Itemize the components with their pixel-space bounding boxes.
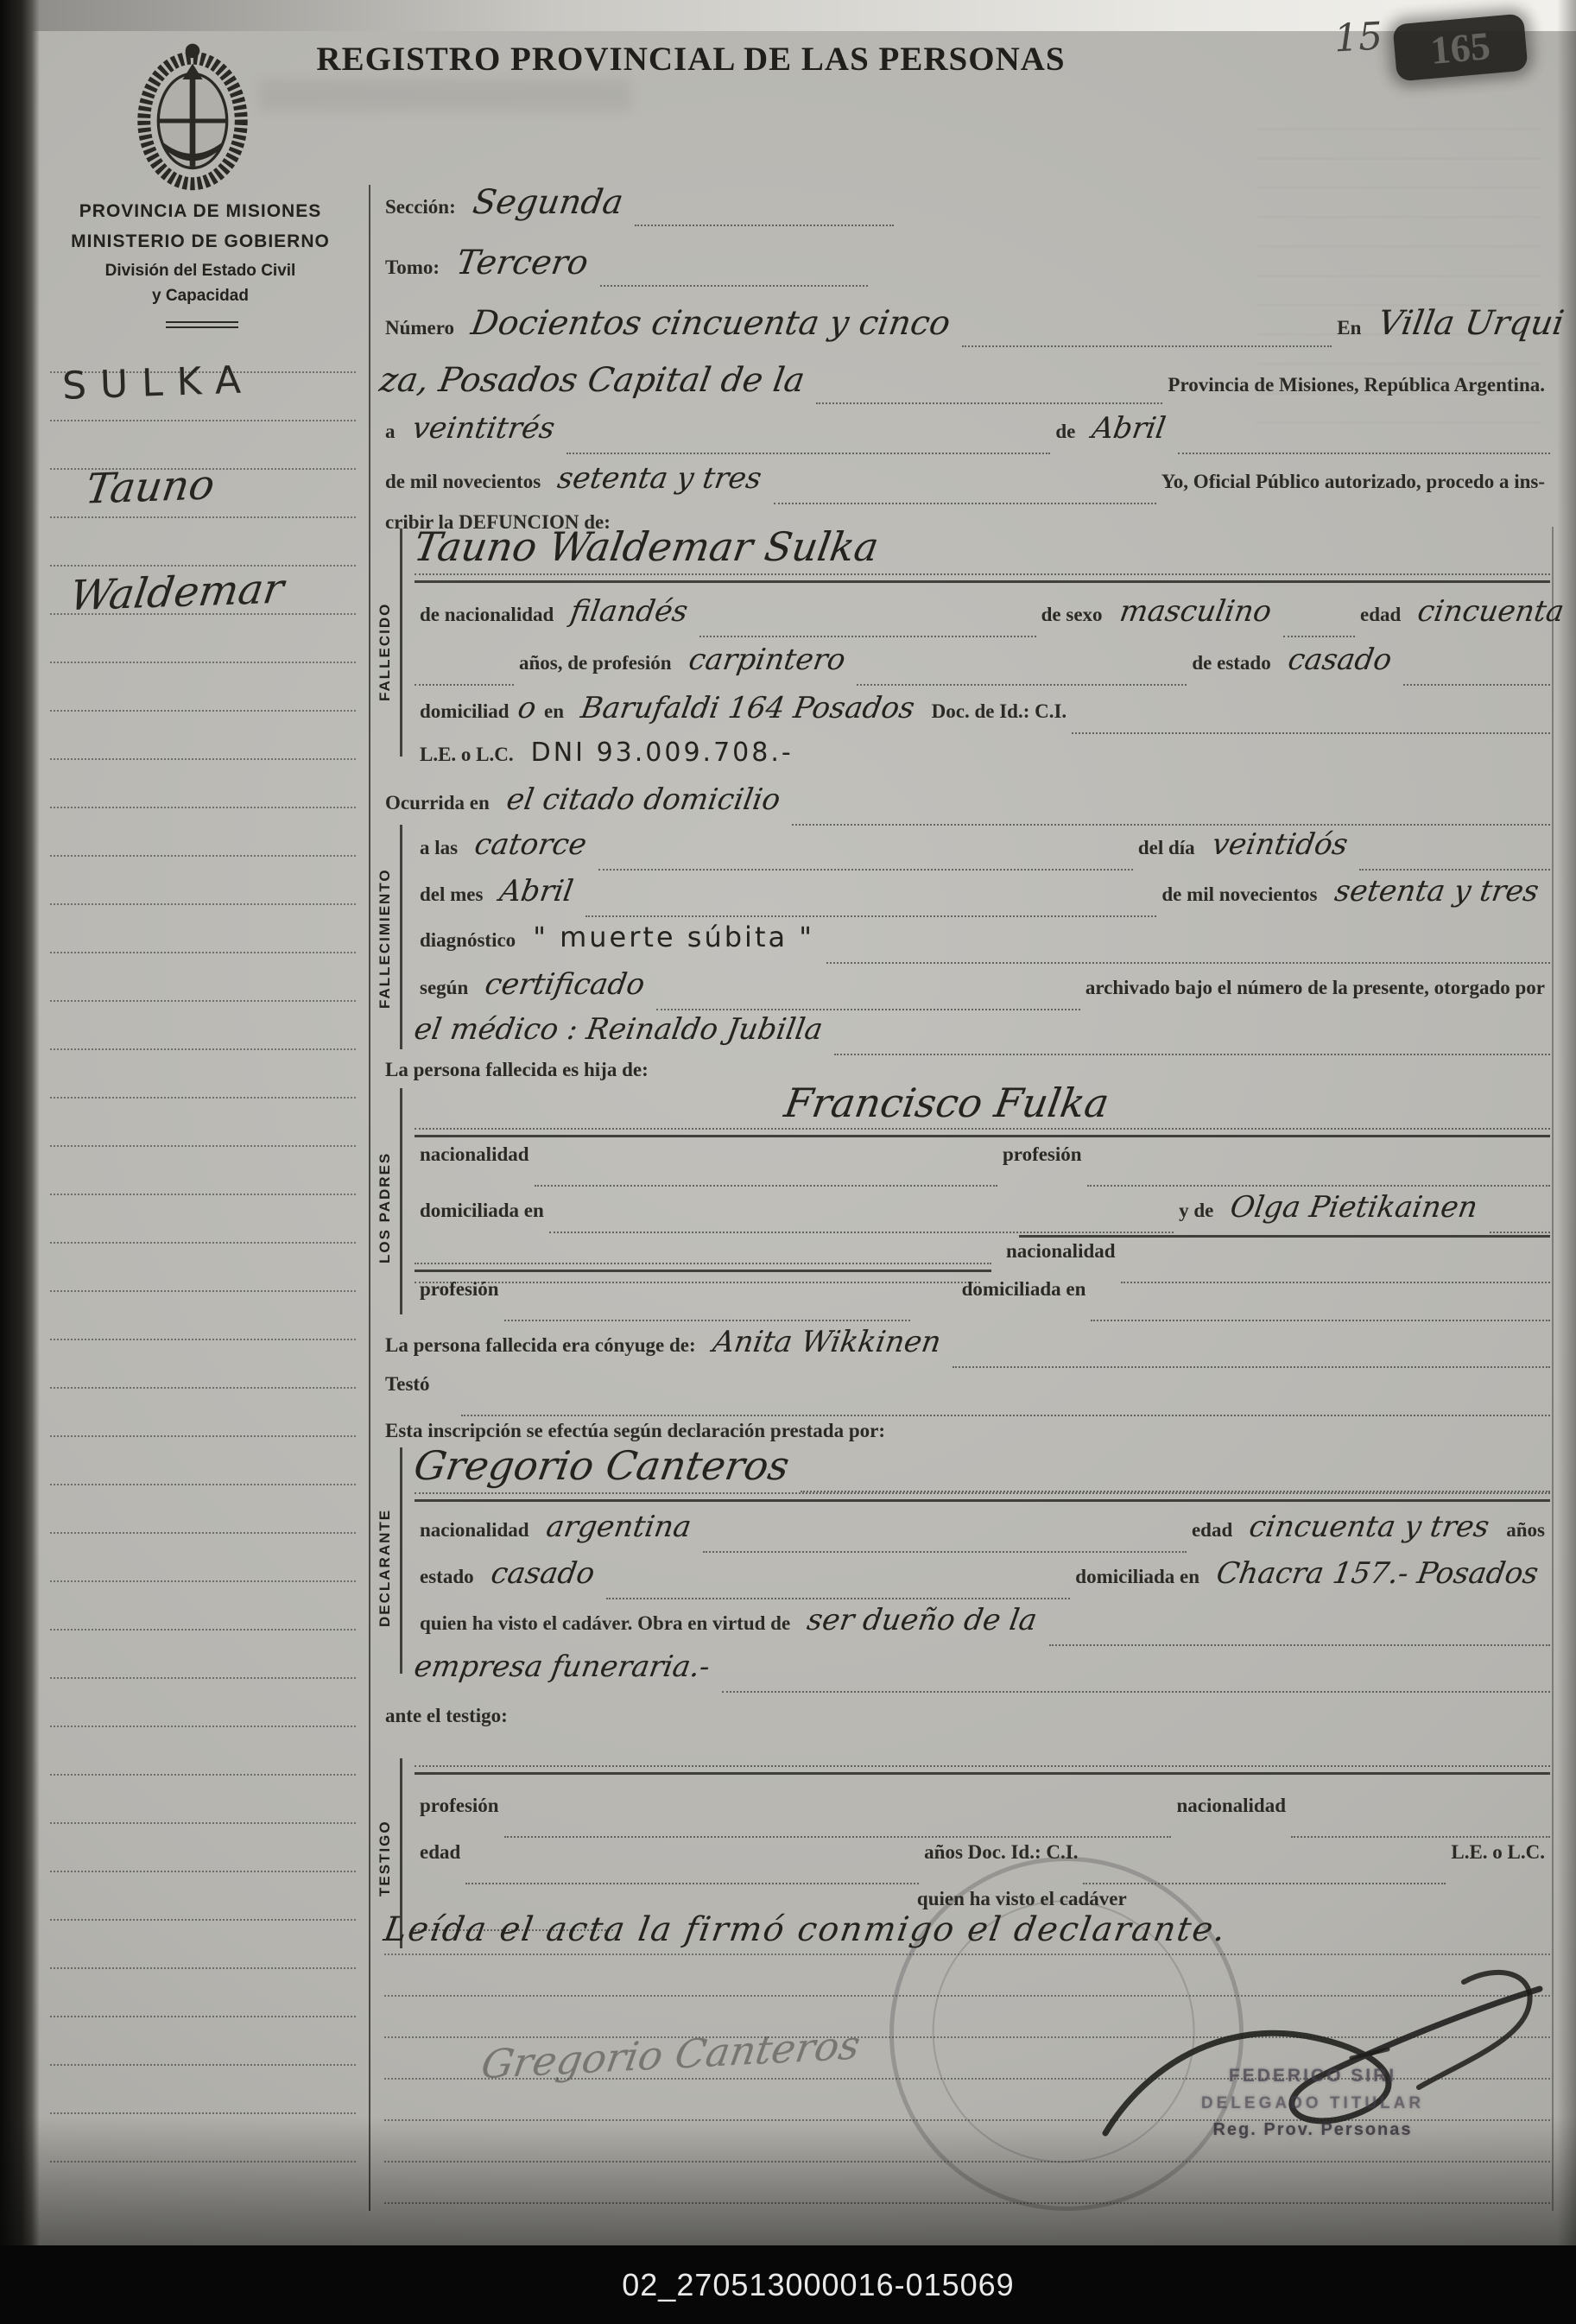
del-dia-label: del día: [1138, 837, 1195, 859]
dotted-leader: [461, 1406, 1550, 1416]
anos-profesion-label: años, de profesión: [519, 652, 672, 674]
anio-line: de mil novecientos setenta y tres Yo, Of…: [380, 461, 1550, 504]
dotted-leader: [504, 1827, 1172, 1838]
margin-ruled-line: [50, 1967, 356, 1969]
domiciliada-label: domiciliada en: [420, 1200, 544, 1222]
dotted-leader: [962, 337, 1332, 347]
dotted-leader: [857, 675, 1187, 686]
nacionalidad-label: de nacionalidad: [420, 604, 554, 626]
provincia-label: Provincia de Misiones, República Argenti…: [1168, 374, 1545, 396]
ante-testigo-line: ante el testigo:: [380, 1705, 1550, 1748]
margin-ruled-line: [50, 1532, 356, 1534]
margin-ruled-line: [50, 1242, 356, 1244]
seccion-label: Sección:: [385, 196, 456, 218]
conyuge-nombre: Anita Wikkinen: [710, 1325, 943, 1359]
dotted-leader: [774, 494, 1156, 504]
edad-value: cincuenta y tres: [1247, 1510, 1491, 1544]
tomo-line: Tomo: Tercero: [380, 244, 1550, 287]
declarante-section-label: DECLARANTE: [377, 1468, 394, 1667]
seccion-value: Segunda: [470, 183, 625, 222]
margin-ruled-line: [50, 1677, 356, 1679]
estado-value: casado: [1286, 643, 1395, 677]
diagnostico-line: diagnóstico " muerte súbita ": [415, 921, 1550, 964]
fallecido-documento-line: L.E. o L.C. DNI 93.009.708.-: [415, 738, 1550, 781]
mes-value: Abril: [497, 874, 576, 909]
motivo-value: ser dueño de la: [805, 1603, 1040, 1637]
nacionalidad-label: nacionalidad: [420, 1143, 529, 1166]
dotted-leader: [1490, 1223, 1550, 1233]
oficial-label: Yo, Oficial Público autorizado, procedo …: [1161, 471, 1545, 493]
nacionalidad-label: nacionalidad: [420, 1519, 529, 1542]
margin-ruled-line: [50, 1435, 356, 1437]
testigo-section-label: TESTIGO: [377, 1789, 394, 1928]
segun-label: según: [420, 977, 468, 999]
tomo-label: Tomo:: [385, 256, 440, 279]
margin-ruled-line: [50, 516, 356, 518]
dotted-leader: [1049, 1636, 1550, 1646]
margin-ruled-line: [50, 1774, 356, 1776]
authority-underline: [166, 321, 238, 328]
madre-prof-dom-line: profesión domiciliada en: [415, 1278, 1550, 1321]
dotted-leader: [585, 907, 1157, 917]
ocurrida-label: Ocurrida en: [385, 792, 490, 814]
declarante-nombre: Gregorio Canteros: [411, 1442, 793, 1489]
dotted-leader: [834, 1045, 1550, 1055]
dotted-leader: [699, 627, 1035, 637]
dia-value: veintidós: [1209, 827, 1350, 862]
bleedthrough-smudge: [259, 79, 630, 111]
madre-nombre: Olga Pietikainen: [1228, 1190, 1480, 1225]
margin-ruled-line: [50, 371, 356, 373]
margin-ruled-line: [50, 710, 356, 712]
fallecido-profesion-line: años, de profesión carpintero de estado …: [415, 643, 1550, 686]
margin-ruled-line: [50, 1822, 356, 1824]
coat-of-arms-icon: [119, 38, 266, 195]
padres-section-rule: [400, 1088, 402, 1314]
declarante-motivo2-line: empresa funeraria.-: [415, 1650, 1550, 1693]
nacionalidad-value: argentina: [543, 1510, 693, 1544]
margin-ruled-line: [50, 1339, 356, 1340]
archivado-label: archivado bajo el número de la presente,…: [1085, 977, 1545, 999]
stamped-folio-number: 165: [1392, 14, 1528, 82]
tomo-value: Tercero: [453, 244, 591, 282]
margin-ruled-line: [50, 1194, 356, 1195]
dotted-leader: [598, 860, 1133, 871]
certificado-line: según certificado archivado bajo el núme…: [415, 967, 1550, 1010]
declarante-nombre-line: Gregorio Canteros: [415, 1442, 1550, 1492]
ocurrida-value: el citado domicilio: [504, 782, 783, 817]
handwritten-page-number: 15: [1333, 15, 1384, 61]
margin-ruled-line: [50, 807, 356, 808]
nacionalidad-value: filandés: [568, 594, 690, 629]
page-title: REGISTRO PROVINCIAL DE LAS PERSONAS: [259, 40, 1123, 79]
dotted-leader: [566, 444, 1051, 454]
rule-under-nombre: [415, 573, 1550, 583]
margin-ruled-line: [50, 903, 356, 905]
declarante-nac-edad-line: nacionalidad argentina edad cincuenta y …: [415, 1510, 1550, 1553]
dotted-leader: [703, 1542, 1187, 1553]
madre-line: domiciliada en y de Olga Pietikainen: [415, 1190, 1550, 1233]
lugar-value: Villa Urqui: [1376, 304, 1567, 343]
rule-left-heavy: [415, 1263, 991, 1272]
margin-ruled-line: [50, 1290, 356, 1292]
dotted-leader: [1359, 860, 1550, 871]
margin-ruled-line: [50, 855, 356, 857]
a-label: a: [385, 421, 396, 443]
bottom-shadow: [0, 2116, 1576, 2245]
dotted-leader: [635, 216, 894, 226]
domiciliada-label: domiciliada en: [1075, 1566, 1199, 1588]
estado-label: estado: [420, 1566, 474, 1588]
segun-value: certificado: [483, 967, 648, 1002]
scanned-death-certificate: REGISTRO PROVINCIAL DE LAS PERSONAS 15 1…: [0, 0, 1576, 2324]
fallecido-section-rule: [400, 529, 402, 757]
documento-value: DNI 93.009.708.-: [531, 738, 794, 768]
margin-ruled-line: [50, 1580, 356, 1582]
sexo-label: de sexo: [1041, 604, 1103, 626]
numero-label: Número: [385, 317, 454, 339]
edad-label: edad: [1192, 1519, 1232, 1542]
dotted-leader: [606, 1589, 1070, 1599]
margin-ruled-line: [50, 1484, 356, 1485]
conyuge-line: La persona fallecida era cónyuge de: Ani…: [380, 1325, 1550, 1368]
lugar-value-2: za, Posados Capital de la: [377, 361, 807, 400]
fallecimiento-section-label: FALLECIMIENTO: [377, 831, 394, 1047]
margin-ruled-line: [50, 1629, 356, 1631]
le-lc-label: L.E. o L.C.: [420, 744, 514, 766]
diagnostico-label: diagnóstico: [420, 929, 516, 952]
le-lc-label: L.E. o L.C.: [1451, 1841, 1545, 1864]
margin-ruled-line: [50, 662, 356, 663]
margin-ruled-line: [50, 420, 356, 421]
doc-id-label: Doc. de Id.: C.I.: [932, 700, 1067, 723]
ante-testigo-label: ante el testigo:: [385, 1705, 508, 1727]
official-title: DELEGADO TITULAR: [1170, 2094, 1455, 2113]
dotted-leader: [504, 1311, 910, 1321]
mes-value: Abril: [1090, 411, 1168, 446]
hora-dia-line: a las catorce del día veintidós: [415, 827, 1550, 871]
authority-line: PROVINCIA DE MISIONES: [45, 201, 356, 222]
declaracion-intro-label: Esta inscripción se efectúa según declar…: [385, 1420, 885, 1442]
fallecido-section-label: FALLECIDO: [377, 553, 394, 751]
fallecido-nombre: Tauno Waldemar Sulka: [411, 523, 883, 570]
rule-testigo-top: [415, 1765, 1550, 1775]
seccion-line: Sección: Segunda: [380, 183, 1550, 226]
dotted-leader: [465, 1874, 919, 1884]
hora-value: catorce: [472, 827, 589, 862]
declarante-estado-dom-line: estado casado domiciliada en Chacra 157.…: [415, 1556, 1550, 1599]
de-label: de: [1055, 421, 1075, 443]
declarante-section-rule: [400, 1447, 402, 1674]
dotted-leader: [656, 1000, 1079, 1010]
dia-value: veintitrés: [409, 411, 556, 446]
margin-ruled-line: [50, 952, 356, 953]
medico-value: el médico : Reinaldo Jubilla: [412, 1012, 826, 1047]
margin-ruled-line: [50, 565, 356, 567]
madre-nacionalidad-line: nacionalidad: [415, 1240, 1550, 1283]
motivo2-value: empresa funeraria.-: [412, 1650, 712, 1684]
visto-cadaver-label: quien ha visto el cadáver. Obra en virtu…: [420, 1612, 790, 1635]
domiciliado-label: domiciliad: [420, 700, 510, 723]
profesion-value: carpintero: [686, 643, 847, 677]
dotted-leader: [792, 815, 1550, 826]
testo-line: Testó: [380, 1373, 1550, 1416]
profesion-label: profesión: [1003, 1143, 1082, 1166]
fecha-dia-line: a veintitrés de Abril: [380, 411, 1550, 454]
margin-ruled-line: [50, 1726, 356, 1727]
fallecido-domicilio-line: domiciliad o en Barufaldi 164 Posados Do…: [415, 691, 1550, 734]
padre-nac-prof-line: nacionalidad profesión: [415, 1143, 1550, 1187]
estado-label: de estado: [1192, 652, 1270, 674]
nacionalidad-label: nacionalidad: [1006, 1240, 1116, 1263]
dotted-leader: [1178, 444, 1550, 454]
official-name: FEDERICO SIRI: [1170, 2066, 1455, 2087]
dotted-leader: [953, 1358, 1550, 1368]
dotted-leader: [1091, 1311, 1550, 1321]
edad-label: edad: [420, 1841, 460, 1864]
dotted-leader: [1403, 675, 1550, 686]
y-de-label: y de: [1179, 1200, 1213, 1222]
margin-ruled-line: [50, 2016, 356, 2017]
padre-nombre: Francisco Fulka: [781, 1080, 1111, 1126]
dotted-leader: [1291, 1827, 1550, 1838]
margin-ruled-line: [50, 1387, 356, 1389]
fallecido-nombre-line: Tauno Waldemar Sulka: [415, 523, 1550, 573]
margin-ruled-line: [50, 1145, 356, 1147]
edad-label: edad: [1360, 604, 1401, 626]
dotted-leader: [816, 394, 1162, 404]
dotted-leader: [1087, 1176, 1550, 1187]
conyuge-label: La persona fallecida era cónyuge de:: [385, 1334, 696, 1357]
fallecimiento-section-rule: [400, 825, 402, 1049]
margin-ruled-line: [50, 1919, 356, 1921]
declarante-motivo-line: quien ha visto el cadáver. Obra en virtu…: [415, 1603, 1550, 1646]
margin-ruled-line: [50, 2064, 356, 2066]
padre-nombre-line: Francisco Fulka: [415, 1080, 1550, 1130]
del-mes-label: del mes: [420, 883, 483, 906]
hija-de-label: La persona fallecida es hija de:: [385, 1059, 649, 1081]
margin-ruled-line: [50, 1048, 356, 1050]
rule-under-declarante: [415, 1492, 1550, 1502]
sexo-value: masculino: [1117, 594, 1273, 629]
de-mil-label: de mil novecientos: [1161, 883, 1317, 906]
numero-value: Docientos cincuenta y cinco: [468, 304, 953, 343]
a-las-label: a las: [420, 837, 458, 859]
edad-value: cincuenta: [1415, 594, 1567, 629]
dotted-leader: [722, 1682, 1550, 1693]
scan-reference-bar: 02_270513000016-015069: [0, 2245, 1576, 2324]
testigo-prof-nac-line: profesión nacionalidad: [415, 1795, 1550, 1838]
margin-ruled-line: [50, 1871, 356, 1872]
numero-line: Número Docientos cincuenta y cinco En Vi…: [380, 304, 1576, 347]
en-label: en: [544, 700, 564, 723]
margin-ruled-line: [50, 1097, 356, 1099]
ocurrida-line: Ocurrida en el citado domicilio: [380, 782, 1550, 826]
dotted-leader: [801, 1482, 1550, 1492]
margin-given-name: Waldemar: [66, 565, 287, 621]
testo-label: Testó: [385, 1373, 430, 1396]
authority-line: División del Estado Civil: [45, 262, 356, 281]
dotted-leader: [600, 276, 868, 287]
anio-label: de mil novecientos: [385, 471, 541, 493]
margin-ruled-line: [50, 1000, 356, 1002]
margin-ruled-line: [50, 758, 356, 760]
anio-value: setenta y tres: [555, 461, 764, 496]
fallecido-nacionalidad-line: de nacionalidad filandés de sexo masculi…: [415, 594, 1576, 637]
page-right-edge: [1557, 0, 1576, 2324]
dotted-leader: [549, 1223, 1174, 1233]
margin-ruled-line: [50, 613, 356, 615]
domiciliada-label: domiciliada en: [962, 1278, 1086, 1301]
rule-under-madre: [1019, 1233, 1550, 1238]
dotted-leader: [415, 675, 514, 686]
profesion-label: profesión: [420, 1278, 499, 1301]
rule-under-padre: [415, 1128, 1550, 1137]
padres-section-label: LOS PADRES: [377, 1112, 394, 1302]
authority-line: MINISTERIO DE GOBIERNO: [45, 231, 356, 252]
dotted-leader: [535, 1176, 997, 1187]
anos-label: años: [1506, 1519, 1545, 1542]
domicilio-value: Chacra 157.- Posados: [1214, 1556, 1541, 1591]
dotted-leader: [1283, 627, 1355, 637]
dotted-leader: [1072, 724, 1550, 734]
issuing-authority-block: PROVINCIA DE MISIONES MINISTERIO DE GOBI…: [45, 201, 356, 306]
margin-ruled-line: [50, 468, 356, 470]
domiciliado-o: o: [515, 691, 538, 725]
mes-anio-line: del mes Abril de mil novecientos setenta…: [415, 874, 1550, 917]
authority-line: y Capacidad: [45, 287, 356, 306]
book-binding: [0, 0, 40, 2324]
profesion-label: profesión: [420, 1795, 499, 1817]
scan-reference-code: 02_270513000016-015069: [622, 2267, 1014, 2303]
en-label: En: [1337, 317, 1361, 339]
dotted-leader: [826, 953, 1550, 964]
margin-ruled-line: [50, 2112, 356, 2114]
margin-surname: SULKA: [61, 358, 255, 408]
domicilio-value: Barufaldi 164 Posados: [579, 691, 917, 725]
diagnostico-value: " muerte súbita ": [533, 921, 814, 953]
form-left-border: [369, 185, 370, 2211]
lugar-continuacion-line: za, Posados Capital de la Provincia de M…: [380, 361, 1550, 404]
anio-value: setenta y tres: [1332, 874, 1541, 909]
nacionalidad-label: nacionalidad: [1176, 1795, 1286, 1817]
medico-line: el médico : Reinaldo Jubilla: [415, 1012, 1550, 1055]
estado-value: casado: [488, 1556, 597, 1591]
